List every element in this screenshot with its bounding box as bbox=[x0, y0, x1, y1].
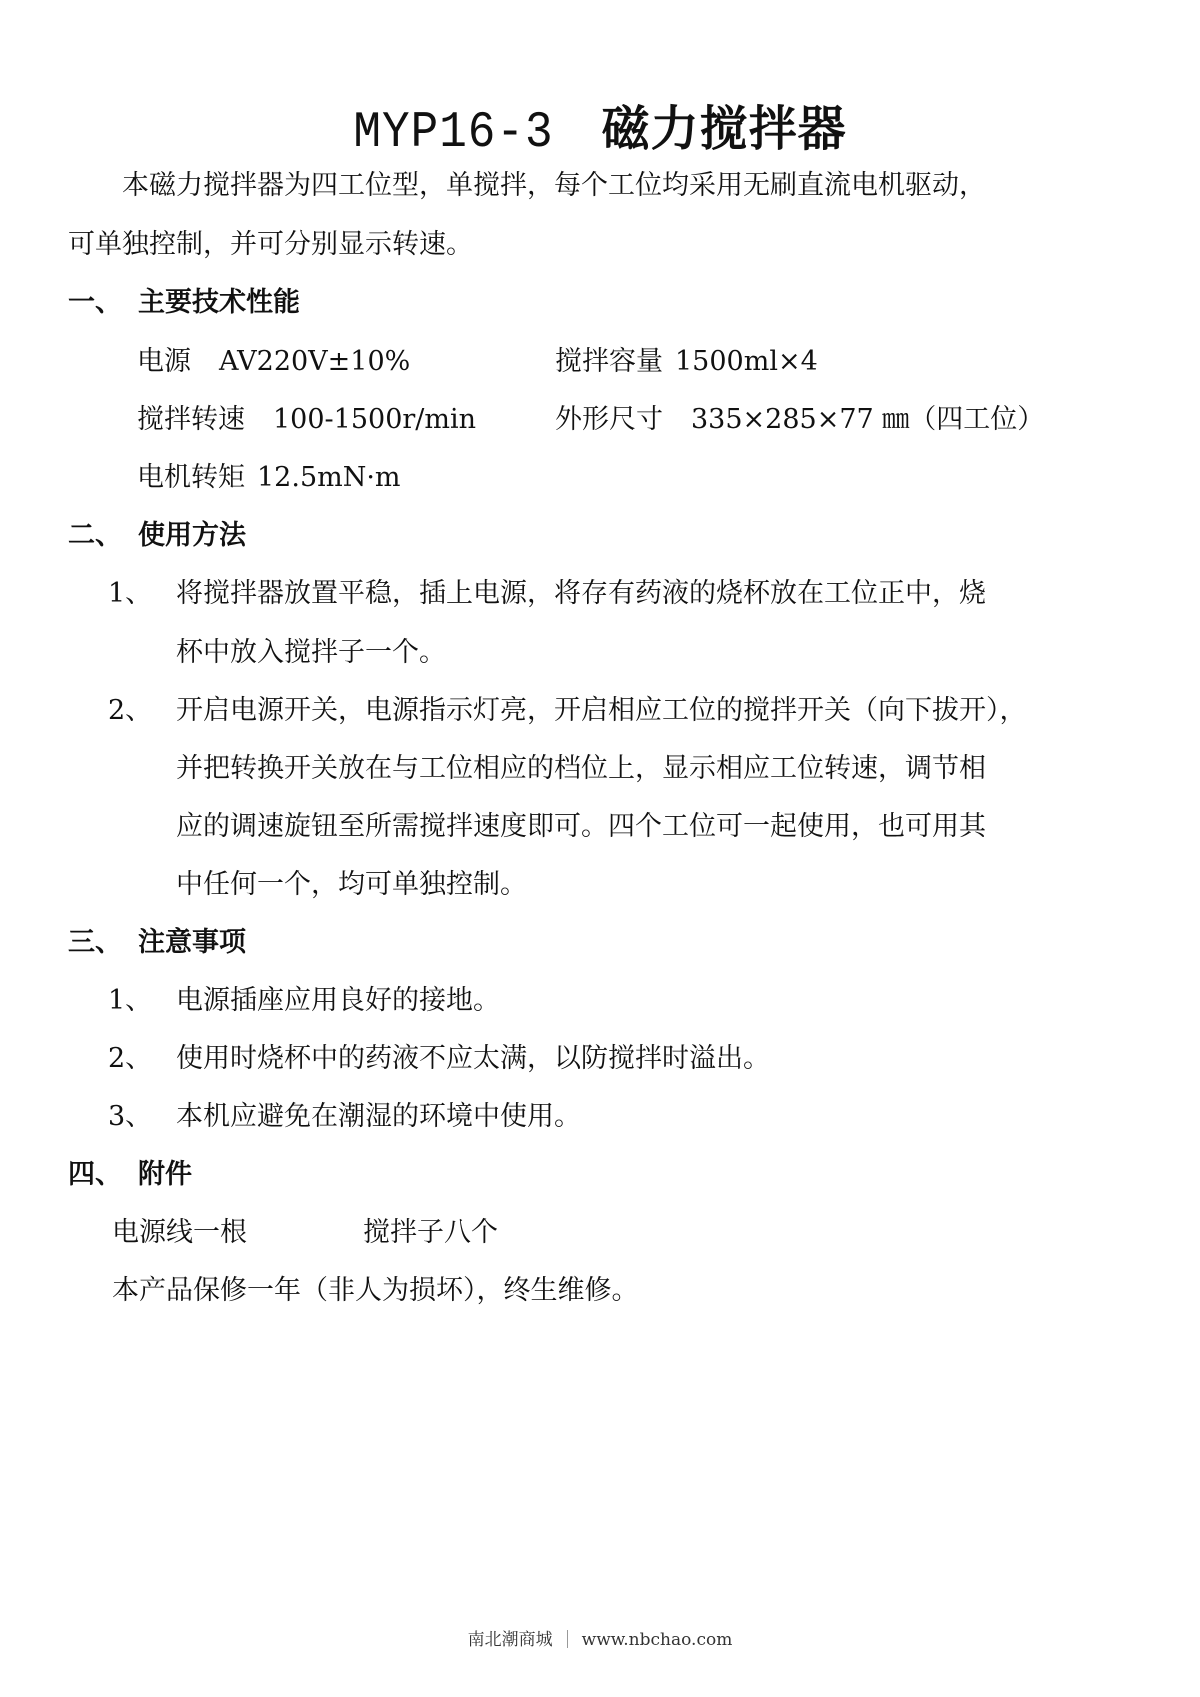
section-heading-precautions: 三、注意事项 bbox=[68, 929, 246, 956]
section-title: 附件 bbox=[138, 1159, 192, 1190]
section-number: 四、 bbox=[68, 1161, 138, 1188]
section-number: 二、 bbox=[68, 522, 138, 549]
section-title: 使用方法 bbox=[138, 520, 246, 551]
item-text: 本机应避免在潮湿的环境中使用。 bbox=[176, 1103, 581, 1130]
spec-value: 335×285×77 ㎜（四工位） bbox=[691, 404, 1044, 435]
precaution-item-2: 2、 使用时烧杯中的药液不应太满，以防搅拌时溢出。 bbox=[108, 1045, 1108, 1075]
usage-item-1: 1、 将搅拌器放置平稳，插上电源，将存有药液的烧杯放在工位正中，烧 bbox=[108, 580, 1108, 610]
spec-value: 1500ml×4 bbox=[675, 346, 818, 377]
spec-label: 搅拌转速 bbox=[137, 404, 245, 435]
item-index: 3、 bbox=[108, 1103, 152, 1130]
spec-value: 100-1500r/min bbox=[273, 404, 476, 435]
spec-label: 电源 bbox=[137, 346, 191, 377]
section-heading-specs: 一、主要技术性能 bbox=[68, 289, 300, 316]
section-number: 三、 bbox=[68, 929, 138, 956]
section-heading-usage: 二、使用方法 bbox=[68, 522, 246, 549]
spec-label: 电机转矩 bbox=[137, 462, 245, 493]
spec-label: 搅拌容量 bbox=[555, 346, 663, 377]
section-title: 注意事项 bbox=[138, 927, 246, 958]
usage-item-2: 2、 开启电源开关，电源指示灯亮，开启相应工位的搅拌开关（向下拔开）， bbox=[108, 697, 1108, 727]
item-text: 开启电源开关，电源指示灯亮，开启相应工位的搅拌开关（向下拔开）， bbox=[176, 697, 1027, 724]
usage-item-2-cont-1: 并把转换开关放在与工位相应的档位上，显示相应工位转速，调节相 bbox=[176, 755, 986, 782]
precaution-item-3: 3、 本机应避免在潮湿的环境中使用。 bbox=[108, 1103, 1108, 1133]
product-name: 磁力搅拌器 bbox=[602, 101, 847, 157]
spec-value: 12.5mN·m bbox=[257, 462, 401, 493]
section-heading-accessories: 四、附件 bbox=[68, 1161, 192, 1188]
page-footer: 南北潮商城www.nbchao.com bbox=[0, 1625, 1200, 1650]
footer-site-name: 南北潮商城 bbox=[468, 1630, 553, 1650]
spec-speed: 搅拌转速100-1500r/min bbox=[137, 406, 476, 433]
section-title: 主要技术性能 bbox=[138, 287, 300, 318]
item-index: 1、 bbox=[108, 987, 152, 1014]
usage-item-2-cont-2: 应的调速旋钮至所需搅拌速度即可。四个工位可一起使用，也可用其 bbox=[176, 813, 986, 840]
document-page: MYP16-3磁力搅拌器 本磁力搅拌器为四工位型，单搅拌，每个工位均采用无刷直流… bbox=[0, 0, 1200, 1697]
spec-torque: 电机转矩12.5mN·m bbox=[137, 464, 401, 491]
footer-url[interactable]: www.nbchao.com bbox=[582, 1630, 733, 1650]
warranty-text: 本产品保修一年（非人为损坏），终生维修。 bbox=[112, 1277, 639, 1304]
spec-value: AV220V±10% bbox=[219, 346, 410, 377]
spec-power: 电源AV220V±10% bbox=[137, 348, 410, 375]
spec-dimensions: 外形尺寸335×285×77 ㎜（四工位） bbox=[555, 406, 1044, 433]
model-number: MYP16-3 bbox=[353, 104, 553, 161]
item-index: 1、 bbox=[108, 580, 152, 607]
usage-item-1-cont: 杯中放入搅拌子一个。 bbox=[176, 639, 446, 666]
section-number: 一、 bbox=[68, 289, 138, 316]
spec-capacity: 搅拌容量1500ml×4 bbox=[555, 348, 818, 375]
item-text: 使用时烧杯中的药液不应太满，以防搅拌时溢出。 bbox=[176, 1045, 770, 1072]
intro-line-2: 可单独控制，并可分别显示转速。 bbox=[68, 231, 473, 258]
accessory-power-cord: 电源线一根 bbox=[112, 1219, 247, 1246]
item-text: 将搅拌器放置平稳，插上电源，将存有药液的烧杯放在工位正中，烧 bbox=[176, 580, 986, 607]
precaution-item-1: 1、 电源插座应用良好的接地。 bbox=[108, 987, 1108, 1017]
usage-item-2-cont-3: 中任何一个，均可单独控制。 bbox=[176, 871, 527, 898]
intro-line-1: 本磁力搅拌器为四工位型，单搅拌，每个工位均采用无刷直流电机驱动， bbox=[122, 172, 986, 199]
accessory-stir-bars: 搅拌子八个 bbox=[363, 1219, 498, 1246]
item-text: 电源插座应用良好的接地。 bbox=[176, 987, 500, 1014]
spec-label: 外形尺寸 bbox=[555, 404, 663, 435]
item-index: 2、 bbox=[108, 697, 152, 724]
item-index: 2、 bbox=[108, 1045, 152, 1072]
footer-divider bbox=[567, 1630, 568, 1648]
document-title: MYP16-3磁力搅拌器 bbox=[0, 90, 1200, 159]
